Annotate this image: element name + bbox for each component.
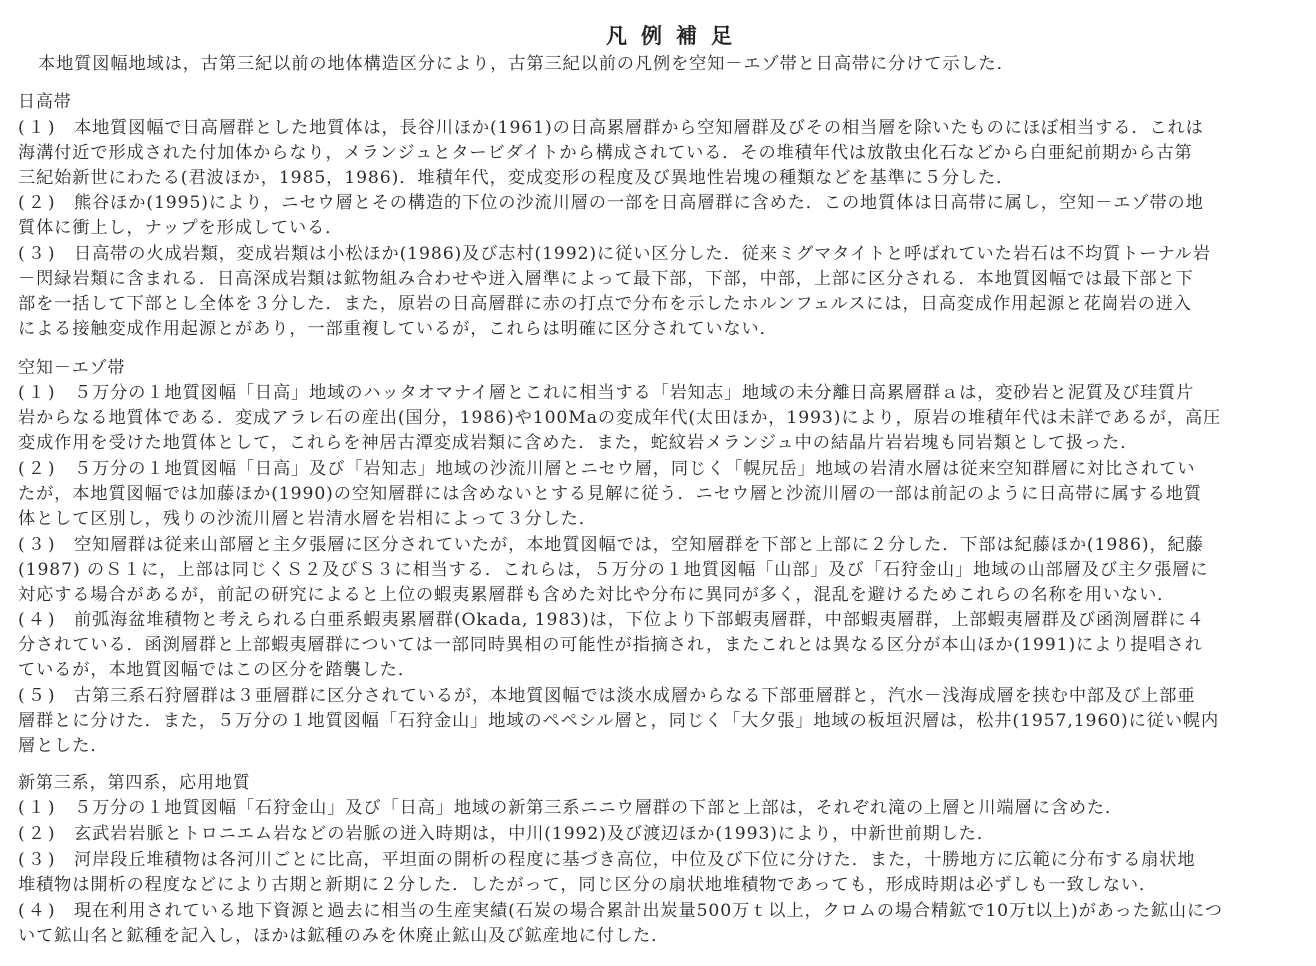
paragraph-line: (４)現在利用されている地下資源と過去に相当の生産実績(石炭の場合累計出炭量50… xyxy=(18,899,1223,924)
paragraph-text: 本地質図幅で日高層群とした地質体は，長谷川ほか(1961)の日高累層群から空知層… xyxy=(74,118,1204,138)
document-page: 凡例補足 本地質図幅地域は，古第三紀以前の地体構造区分により，古第三紀以前の凡例… xyxy=(0,0,1316,966)
paragraph-line: (５)古第三系石狩層群は３亜層群に区分されているが，本地質図幅では淡水成層からな… xyxy=(18,684,1195,709)
paragraph-line: 層とした． xyxy=(18,734,108,759)
paragraph-number: (２) xyxy=(18,822,74,847)
paragraph-number: (３) xyxy=(18,533,74,558)
paragraph-line: (３)日高帯の火成岩類，変成岩類は小松ほか(1986)及び志村(1992)に従い… xyxy=(18,242,1211,267)
paragraph-line: (１)本地質図幅で日高層群とした地質体は，長谷川ほか(1961)の日高累層群から… xyxy=(18,116,1204,141)
paragraph-text: 古第三系石狩層群は３亜層群に区分されているが，本地質図幅では淡水成層からなる下部… xyxy=(74,686,1195,706)
intro-text: 本地質図幅地域は，古第三紀以前の地体構造区分により，古第三紀以前の凡例を空知－エ… xyxy=(38,52,1015,77)
paragraph-text: 現在利用されている地下資源と過去に相当の生産実績(石炭の場合累計出炭量500万ｔ… xyxy=(74,901,1223,921)
paragraph-number: (３) xyxy=(18,242,74,267)
paragraph-line: (２)熊谷ほか(1995)により，ニセウ層とその構造的下位の沙流川層の一部を日高… xyxy=(18,191,1204,216)
paragraph-line: (３)河岸段丘堆積物は各河川ごとに比高，平坦面の開析の程度に基づき高位，中位及び… xyxy=(18,848,1195,873)
section-heading-sorachi-ezo: 空知－エゾ帯 xyxy=(18,356,125,381)
paragraph-line: 分されている．函渕層群と上部蝦夷層群については一部同時異相の可能性が指摘され，ま… xyxy=(18,633,1203,658)
paragraph-text: ５万分の１地質図幅「日高」地域のハッタオマナイ層とこれに相当する「岩知志」地域の… xyxy=(74,383,1194,403)
paragraph-text: 空知層群は従来山部層と主夕張層に区分されていたが，本地質図幅では，空知層群を下部… xyxy=(74,535,1204,555)
paragraph-line: ているが，本地質図幅ではこの区分を踏襲した． xyxy=(18,658,416,683)
paragraph-text: ５万分の１地質図幅「石狩金山」及び「日高」地域の新第三系ニニウ層群の下部と上部は… xyxy=(74,798,1123,818)
paragraph-line: (１)５万分の１地質図幅「日高」地域のハッタオマナイ層とこれに相当する「岩知志」… xyxy=(18,381,1194,406)
paragraph-line: たが，本地質図幅では加藤ほか(1990)の空知層群には含めないとする見解に従う．… xyxy=(18,482,1202,507)
paragraph-text: ５万分の１地質図幅「日高」及び「岩知志」地域の沙流川層とニセウ層，同じく「幌尻岳… xyxy=(74,459,1195,479)
paragraph-line: 質体に衝上し，ナップを形成している． xyxy=(18,216,343,241)
paragraph-line: 岩からなる地質体である．変成アラレ石の産出(国分，1986)や100Maの変成年… xyxy=(18,406,1221,431)
paragraph-line: (４)前弧海盆堆積物と考えられる白亜系蝦夷累層群(Okada, 1983)は，下… xyxy=(18,608,1205,633)
paragraph-number: (４) xyxy=(18,899,74,924)
section-heading-neogene-quaternary: 新第三系，第四系，応用地質 xyxy=(18,771,251,796)
paragraph-text: 前弧海盆堆積物と考えられる白亜系蝦夷累層群(Okada, 1983)は，下位より… xyxy=(74,610,1205,630)
paragraph-line: (２)玄武岩岩脈とトロニエム岩などの岩脈の迸入時期は，中川(1992)及び渡辺ほ… xyxy=(18,822,995,847)
paragraph-number: (５) xyxy=(18,684,74,709)
paragraph-number: (３) xyxy=(18,848,74,873)
paragraph-number: (２) xyxy=(18,457,74,482)
paragraph-line: 部を一括して下部とし全体を３分した．また，原岩の日高層群に赤の打点で分布を示した… xyxy=(18,292,1192,317)
paragraph-line: 堆積物は開析の程度などにより古期と新期に２分した．したがって，同じ区分の扇状地堆… xyxy=(18,873,1157,898)
paragraph-line: (２)５万分の１地質図幅「日高」及び「岩知志」地域の沙流川層とニセウ層，同じく「… xyxy=(18,457,1195,482)
paragraph-line: による接触変成作用起源とがあり，一部重複しているが，これらは明確に区分されていな… xyxy=(18,317,778,342)
paragraph-text: 日高帯の火成岩類，変成岩類は小松ほか(1986)及び志村(1992)に従い区分し… xyxy=(74,244,1211,264)
paragraph-line: －閃緑岩類に含まれる．日高深成岩類は鉱物組み合わせや迸入層準によって最下部，下部… xyxy=(18,267,1194,292)
paragraph-text: 熊谷ほか(1995)により，ニセウ層とその構造的下位の沙流川層の一部を日高層群に… xyxy=(74,193,1204,213)
paragraph-number: (１) xyxy=(18,796,74,821)
paragraph-line: いて鉱山名と鉱種を記入し，ほかは鉱種のみを休廃止鉱山及び鉱産地に付した． xyxy=(18,924,669,949)
paragraph-line: 変成作用を受けた地質体として，これらを神居古潭変成岩類に含めた．また，蛇紋岩メラ… xyxy=(18,431,1138,456)
paragraph-line: 体として区別し，残りの沙流川層と岩清水層を岩相によって３分した． xyxy=(18,507,597,532)
paragraph-number: (２) xyxy=(18,191,74,216)
paragraph-line: (１)５万分の１地質図幅「石狩金山」及び「日高」地域の新第三系ニニウ層群の下部と… xyxy=(18,796,1123,821)
paragraph-text: 玄武岩岩脈とトロニエム岩などの岩脈の迸入時期は，中川(1992)及び渡辺ほか(1… xyxy=(74,824,995,844)
paragraph-text: 河岸段丘堆積物は各河川ごとに比高，平坦面の開析の程度に基づき高位，中位及び下位に… xyxy=(74,850,1195,870)
section-heading-hidaka: 日高帯 xyxy=(18,90,72,115)
paragraph-number: (４) xyxy=(18,608,74,633)
paragraph-number: (１) xyxy=(18,381,74,406)
page-title: 凡例補足 xyxy=(0,20,1316,50)
paragraph-line: (1987) のＳ１に，上部は同じくＳ２及びＳ３に相当する．これらは，５万分の１… xyxy=(18,558,1208,583)
paragraph-line: 海溝付近で形成された付加体からなり，メランジュとタービダイトから構成されている．… xyxy=(18,141,1193,166)
paragraph-line: 三紀始新世にわたる(君波ほか，1985，1986)．堆積年代，変成変形の程度及び… xyxy=(18,166,1014,191)
paragraph-line: 層群とに分けた．また，５万分の１地質図幅「石狩金山」地域のペペシル層と，同じく「… xyxy=(18,709,1219,734)
paragraph-number: (１) xyxy=(18,116,74,141)
paragraph-line: (３)空知層群は従来山部層と主夕張層に区分されていたが，本地質図幅では，空知層群… xyxy=(18,533,1204,558)
paragraph-line: 対応する場合があるが，前記の研究によると上位の蝦夷累層群も含めた対比や分布に異同… xyxy=(18,583,1175,608)
